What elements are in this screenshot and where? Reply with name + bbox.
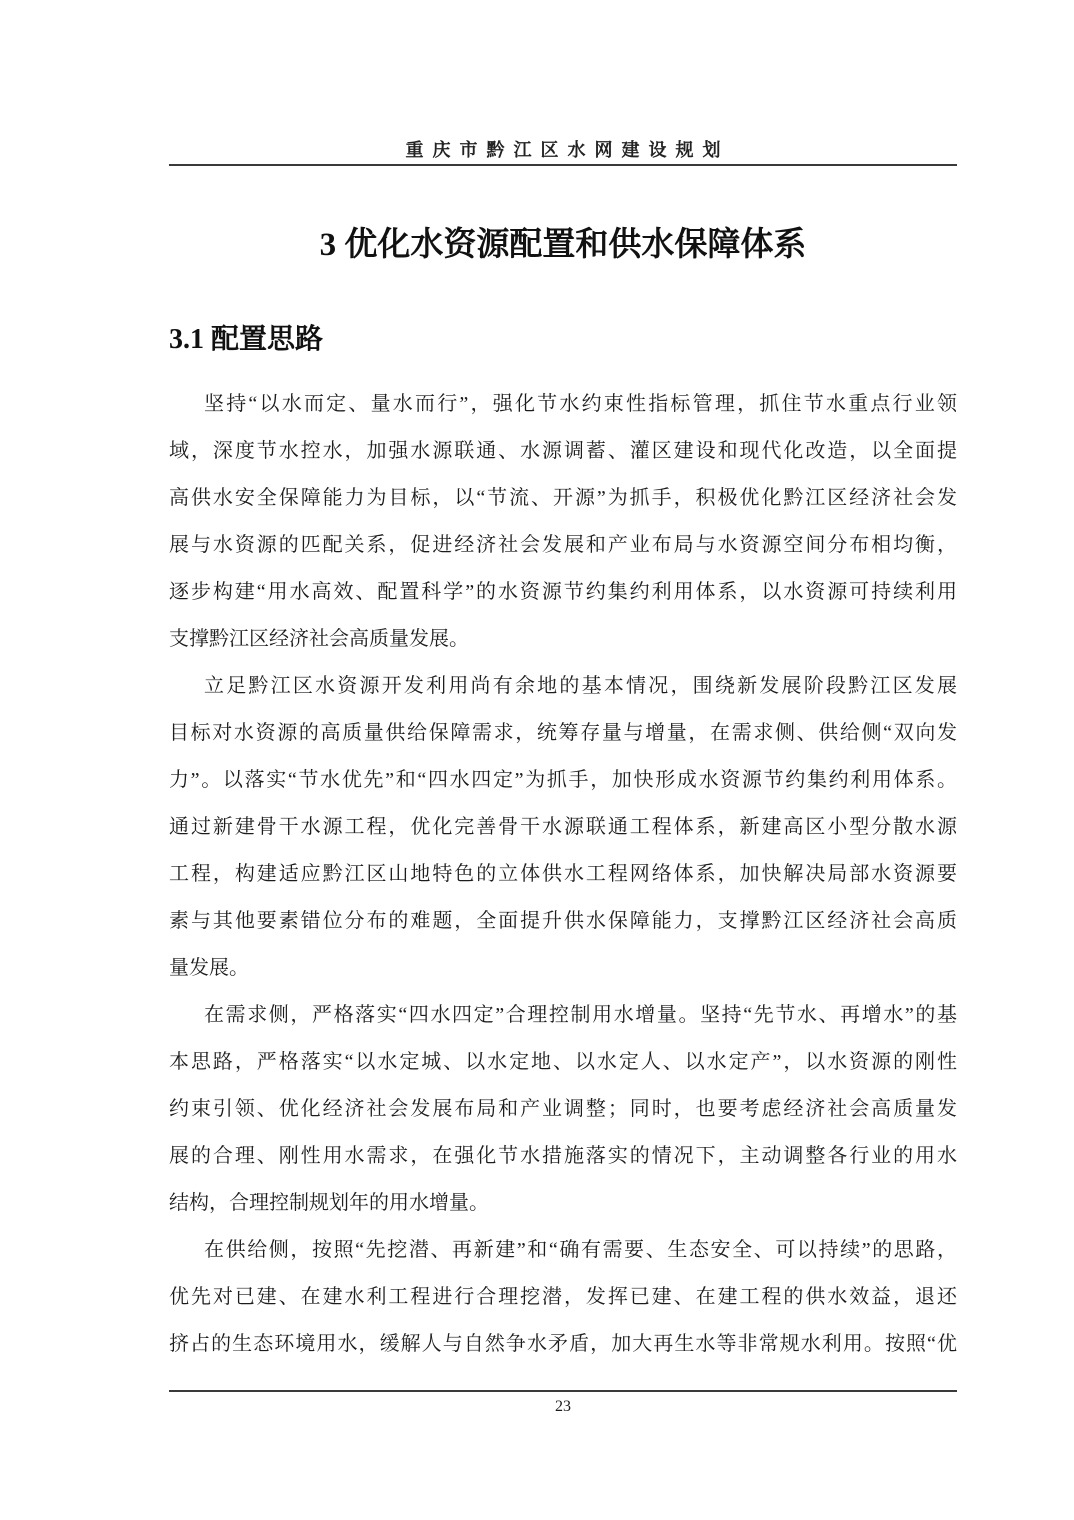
- text-line: 高供水安全保障能力为目标，以“节流、开源”为抓手，积极优化黔江区经济社会发: [169, 475, 957, 522]
- text-line: 支撑黔江区经济社会高质量发展。: [169, 616, 957, 663]
- chapter-title: 3 优化水资源配置和供水保障体系: [169, 224, 957, 266]
- text-line: 素与其他要素错位分布的难题，全面提升供水保障能力，支撑黔江区经济社会高质: [169, 898, 957, 945]
- text-line: 逐步构建“用水高效、配置科学”的水资源节约集约利用体系，以水资源可持续利用: [169, 569, 957, 616]
- text-line: 量发展。: [169, 945, 957, 992]
- text-line: 挤占的生态环境用水，缓解人与自然争水矛盾，加大再生水等非常规水利用。按照“优: [169, 1321, 957, 1368]
- text-line: 目标对水资源的高质量供给保障需求，统筹存量与增量，在需求侧、供给侧“双向发: [169, 710, 957, 757]
- text-line: 在供给侧，按照“先挖潜、再新建”和“确有需要、生态安全、可以持续”的思路，: [169, 1227, 957, 1274]
- paragraph: 坚持“以水而定、量水而行”，强化节水约束性指标管理，抓住节水重点行业领域，深度节…: [169, 381, 957, 663]
- text-line: 优先对已建、在建水利工程进行合理挖潜，发挥已建、在建工程的供水效益，退还: [169, 1274, 957, 1321]
- paragraph: 立足黔江区水资源开发利用尚有余地的基本情况，围绕新发展阶段黔江区发展目标对水资源…: [169, 663, 957, 992]
- text-line: 力”。以落实“节水优先”和“四水四定”为抓手，加快形成水资源节约集约利用体系。: [169, 757, 957, 804]
- text-line: 立足黔江区水资源开发利用尚有余地的基本情况，围绕新发展阶段黔江区发展: [169, 663, 957, 710]
- text-line: 在需求侧，严格落实“四水四定”合理控制用水增量。坚持“先节水、再增水”的基: [169, 992, 957, 1039]
- text-line: 本思路，严格落实“以水定城、以水定地、以水定人、以水定产”，以水资源的刚性: [169, 1039, 957, 1086]
- footer-rule: [169, 1390, 957, 1392]
- paragraph: 在供给侧，按照“先挖潜、再新建”和“确有需要、生态安全、可以持续”的思路，优先对…: [169, 1227, 957, 1368]
- page-number: 23: [169, 1398, 957, 1416]
- section-heading: 3.1 配置思路: [169, 322, 957, 358]
- text-line: 通过新建骨干水源工程，优化完善骨干水源联通工程体系，新建高区小型分散水源: [169, 804, 957, 851]
- page-header: 重庆市黔江区水网建设规划: [169, 136, 957, 162]
- body-text: 坚持“以水而定、量水而行”，强化节水约束性指标管理，抓住节水重点行业领域，深度节…: [169, 381, 957, 1368]
- text-line: 结构，合理控制规划年的用水增量。: [169, 1180, 957, 1227]
- text-line: 展与水资源的匹配关系，促进经济社会发展和产业布局与水资源空间分布相均衡，: [169, 522, 957, 569]
- text-line: 工程，构建适应黔江区山地特色的立体供水工程网络体系，加快解决局部水资源要: [169, 851, 957, 898]
- running-title: 重庆市黔江区水网建设规划: [406, 140, 730, 160]
- text-line: 约束引领、优化经济社会发展布局和产业调整；同时，也要考虑经济社会高质量发: [169, 1086, 957, 1133]
- text-line: 域，深度节水控水，加强水源联通、水源调蓄、灌区建设和现代化改造，以全面提: [169, 428, 957, 475]
- text-line: 展的合理、刚性用水需求，在强化节水措施落实的情况下，主动调整各行业的用水: [169, 1133, 957, 1180]
- text-line: 坚持“以水而定、量水而行”，强化节水约束性指标管理，抓住节水重点行业领: [169, 381, 957, 428]
- paragraph: 在需求侧，严格落实“四水四定”合理控制用水增量。坚持“先节水、再增水”的基本思路…: [169, 992, 957, 1227]
- document-page: 重庆市黔江区水网建设规划 3 优化水资源配置和供水保障体系 3.1 配置思路 坚…: [0, 0, 1074, 1520]
- header-rule: [169, 164, 957, 166]
